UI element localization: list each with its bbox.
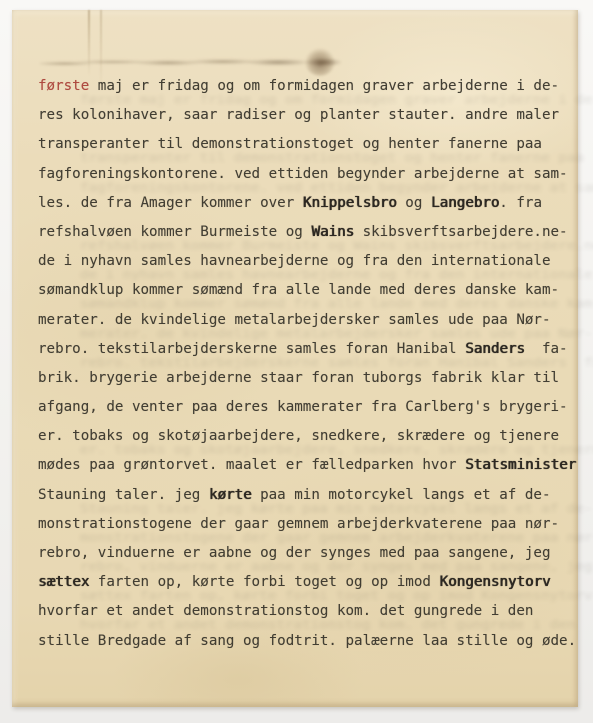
- typed-text-segment: Wains: [311, 224, 354, 240]
- paper-sheet: første maj er fridag og om formidagen gr…: [12, 10, 578, 707]
- text-line: transperanter til demonstrationstoget og…: [38, 130, 590, 159]
- text-line: sættex farten op, kørte forbi toget og o…: [38, 568, 590, 597]
- typed-text-segment: rebro. tekstilarbejderskerne samles fora…: [38, 341, 465, 357]
- text-line: første maj er fridag og om formidagen gr…: [38, 72, 590, 101]
- text-line: fagforeningskontorene. ved ettiden begyn…: [38, 160, 590, 189]
- text-line: brik. brygerie arbejderne staar foran tu…: [38, 364, 590, 393]
- typed-text-segment: monstrationstogene der gaar gemnem arbej…: [38, 516, 559, 532]
- typed-text-segment: transperanter til demonstrationstoget og…: [38, 136, 542, 152]
- typed-text-segment: Knippelsbro: [303, 195, 397, 211]
- text-line: refshalvøen kommer Burmeiste og Wains sk…: [38, 218, 590, 247]
- typed-text-segment: les. de fra Amager kommer over: [38, 195, 303, 211]
- typed-text-segment: fagforeningskontorene. ved ettiden begyn…: [38, 166, 568, 182]
- typed-text-segment: Langebro: [431, 195, 499, 211]
- typed-text-segment: refshalvøen kommer Burmeiste og: [38, 224, 311, 240]
- typed-text-segment: Sanders: [465, 341, 525, 357]
- typed-text-segment: merater. de kvindelige metalarbejdersker…: [38, 312, 551, 328]
- typed-text-segment: sømandklup kommer sømænd fra alle lande …: [38, 282, 559, 298]
- text-line: afgang, de venter paa deres kammerater f…: [38, 393, 590, 422]
- text-line: stille Bredgade af sang og fodtrit. palæ…: [38, 627, 590, 656]
- typed-text-segment: Stauning taler. jeg: [38, 487, 209, 503]
- text-line: merater. de kvindelige metalarbejdersker…: [38, 306, 590, 335]
- typed-text-segment: hvorfar et andet demonstrationstog kom. …: [38, 603, 533, 619]
- text-line: de i nyhavn samles havnearbejderne og fr…: [38, 247, 590, 276]
- typed-text-segment: . fra: [499, 195, 542, 211]
- text-line: monstrationstogene der gaar gemnem arbej…: [38, 510, 590, 539]
- typed-text-segment: farten op, kørte forbi toget og op imod: [89, 574, 439, 590]
- typed-text-segment: de i nyhavn samles havnearbejderne og fr…: [38, 253, 551, 269]
- scan-background: første maj er fridag og om formidagen gr…: [0, 0, 593, 723]
- typed-text-segment: er. tobaks og skotøjaarbejdere, snedkere…: [38, 428, 559, 444]
- ink-smudge-stain: [40, 54, 345, 70]
- typed-text-segment: Kongensnytorv: [439, 574, 550, 590]
- text-line: mødes paa grøntorvet. maalet er fælledpa…: [38, 451, 590, 480]
- text-line: res kolonihaver, saar radiser og planter…: [38, 101, 590, 130]
- typed-text-segment: og: [397, 195, 431, 211]
- typed-text-segment: skibsverftsarbejdere.ne-: [354, 224, 568, 240]
- text-line: sømandklup kommer sømænd fra alle lande …: [38, 276, 590, 305]
- red-typed-word: første: [38, 78, 89, 94]
- typed-text-segment: res kolonihaver, saar radiser og planter…: [38, 107, 559, 123]
- typewritten-text: første maj er fridag og om formidagen gr…: [38, 72, 590, 656]
- typed-text-segment: fa-: [525, 341, 568, 357]
- typed-text-segment: rebro, vinduerne er aabne og der synges …: [38, 545, 551, 561]
- typed-text-segment: maj er fridag og om formidagen graver ar…: [89, 78, 559, 94]
- typed-text-segment: afgang, de venter paa deres kammerater f…: [38, 399, 568, 415]
- text-line: er. tobaks og skotøjaarbejdere, snedkere…: [38, 422, 590, 451]
- typed-text-segment: brik. brygerie arbejderne staar foran tu…: [38, 370, 559, 386]
- typed-text-segment: mødes paa grøntorvet. maalet er fælledpa…: [38, 457, 465, 473]
- typed-text-segment: paa min motorcykel langs et af de-: [252, 487, 551, 503]
- text-line: hvorfar et andet demonstrationstog kom. …: [38, 597, 590, 626]
- text-line: rebro, vinduerne er aabne og der synges …: [38, 539, 590, 568]
- text-line: Stauning taler. jeg kørte paa min motorc…: [38, 481, 590, 510]
- text-line: rebro. tekstilarbejderskerne samles fora…: [38, 335, 590, 364]
- typed-text-segment: sættex: [38, 574, 89, 590]
- text-line: les. de fra Amager kommer over Knippelsb…: [38, 189, 590, 218]
- typed-text-segment: stille Bredgade af sang og fodtrit. palæ…: [38, 633, 576, 649]
- typed-text-segment: kørte: [209, 487, 252, 503]
- typed-text-segment: Statsminister: [465, 457, 576, 473]
